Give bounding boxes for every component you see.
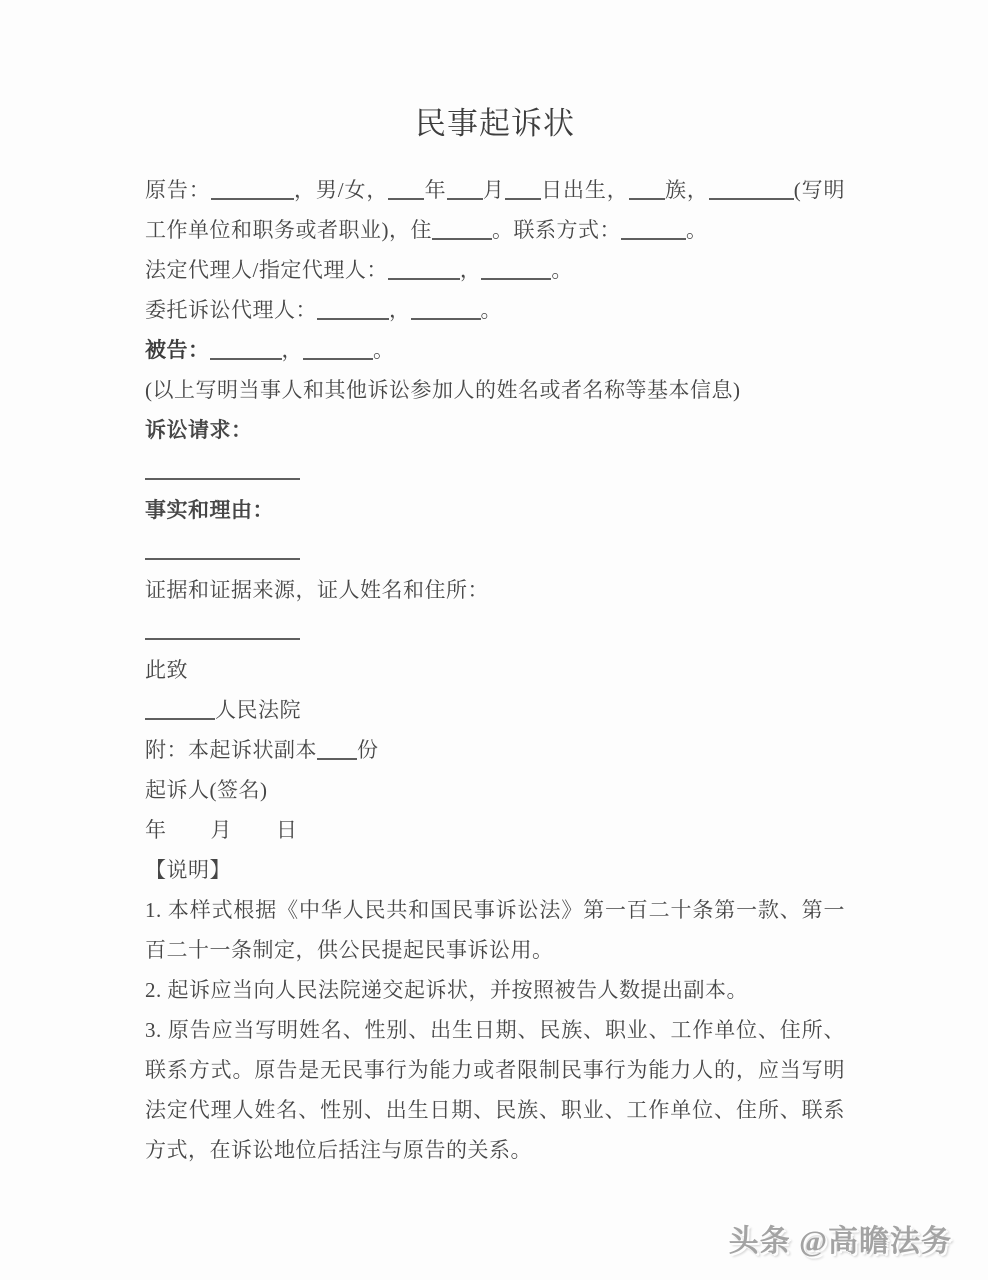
blank-evidence: [145, 624, 300, 640]
watermark: 头条 @高瞻法务: [729, 1216, 952, 1260]
legal-agent-paragraph: 法定代理人/指定代理人：，。: [145, 250, 845, 290]
defendant-paragraph: 被告：，。: [145, 330, 845, 370]
ethnic-label: 族，: [665, 178, 709, 202]
date-month-label: 月: [211, 810, 233, 850]
plaintiff-label: 原告：: [145, 178, 211, 202]
blank-attorney-name: [317, 304, 389, 320]
document-page: 民事起诉状 原告：，男/女，年月日出生，族，(写明工作单位和职务或者职业)，住。…: [0, 0, 988, 1280]
court-paragraph: 人民法院: [145, 690, 845, 730]
attachment-paragraph: 附：本起诉状副本份: [145, 730, 845, 770]
blank-occupation: [709, 184, 794, 200]
born-label: 日出生，: [541, 178, 629, 202]
blank-facts: [145, 544, 300, 560]
blank-plaintiff-name: [211, 184, 294, 200]
blank-contact: [621, 224, 686, 240]
attachment-prefix: 附：本起诉状副本: [145, 738, 317, 762]
claims-heading: 诉讼请求：: [145, 410, 845, 450]
period-mark: 。: [551, 258, 573, 282]
plaintiff-gender-text: ，男/女，: [294, 178, 389, 202]
note-item-3: 3. 原告应当写明姓名、性别、出生日期、民族、职业、工作单位、住所、联系方式。原…: [145, 1010, 845, 1170]
document-body: 原告：，男/女，年月日出生，族，(写明工作单位和职务或者职业)，住。联系方式：。…: [145, 170, 845, 1170]
month-label: 月: [483, 178, 505, 202]
blank-court-name: [145, 704, 215, 720]
year-label: 年: [424, 178, 446, 202]
parties-note: (以上写明当事人和其他诉讼参加人的姓名或者名称等基本信息): [145, 370, 845, 410]
court-suffix: 人民法院: [215, 698, 301, 722]
period-mark: 。: [373, 338, 395, 362]
blank-birth-day: [505, 184, 541, 200]
salutation: 此致: [145, 650, 845, 690]
comma-mark: ，: [282, 338, 304, 362]
facts-blank-line: [145, 530, 845, 570]
attorney-label: 委托诉讼代理人：: [145, 298, 317, 322]
legal-agent-label: 法定代理人/指定代理人：: [145, 258, 388, 282]
plaintiff-paragraph: 原告：，男/女，年月日出生，族，(写明工作单位和职务或者职业)，住。联系方式：。: [145, 170, 845, 250]
attorney-paragraph: 委托诉讼代理人：，。: [145, 290, 845, 330]
note-item-1: 1. 本样式根据《中华人民共和国民事诉讼法》第一百二十条第一款、第一百二十一条制…: [145, 890, 845, 970]
contact-label: 。联系方式：: [492, 218, 621, 242]
evidence-heading: 证据和证据来源，证人姓名和住所：: [145, 570, 845, 610]
attachment-suffix: 份: [357, 738, 379, 762]
blank-address: [432, 224, 492, 240]
blank-attorney-info: [411, 304, 481, 320]
date-day-label: 日: [276, 810, 298, 850]
blank-defendant-info: [303, 344, 373, 360]
signer-line: 起诉人(签名): [145, 770, 845, 810]
defendant-label: 被告：: [145, 338, 210, 362]
date-line: 年月日: [145, 810, 845, 850]
blank-birth-month: [447, 184, 483, 200]
comma-mark: ，: [389, 298, 411, 322]
blank-legal-agent-name: [388, 264, 460, 280]
blank-ethnicity: [629, 184, 665, 200]
period-mark: 。: [481, 298, 503, 322]
facts-heading: 事实和理由：: [145, 490, 845, 530]
blank-claims: [145, 464, 300, 480]
comma-mark: ，: [460, 258, 482, 282]
evidence-blank-line: [145, 610, 845, 650]
blank-birth-year: [388, 184, 424, 200]
blank-defendant-name: [210, 344, 282, 360]
blank-legal-agent-info: [481, 264, 551, 280]
note-item-2: 2. 起诉应当向人民法院递交起诉状，并按照被告人数提出副本。: [145, 970, 845, 1010]
period-mark: 。: [686, 218, 708, 242]
date-year-label: 年: [145, 818, 167, 842]
blank-copies-count: [317, 744, 357, 760]
notes-header: 【说明】: [145, 850, 845, 890]
page-title: 民事起诉状: [145, 104, 845, 144]
claims-blank-line: [145, 450, 845, 490]
